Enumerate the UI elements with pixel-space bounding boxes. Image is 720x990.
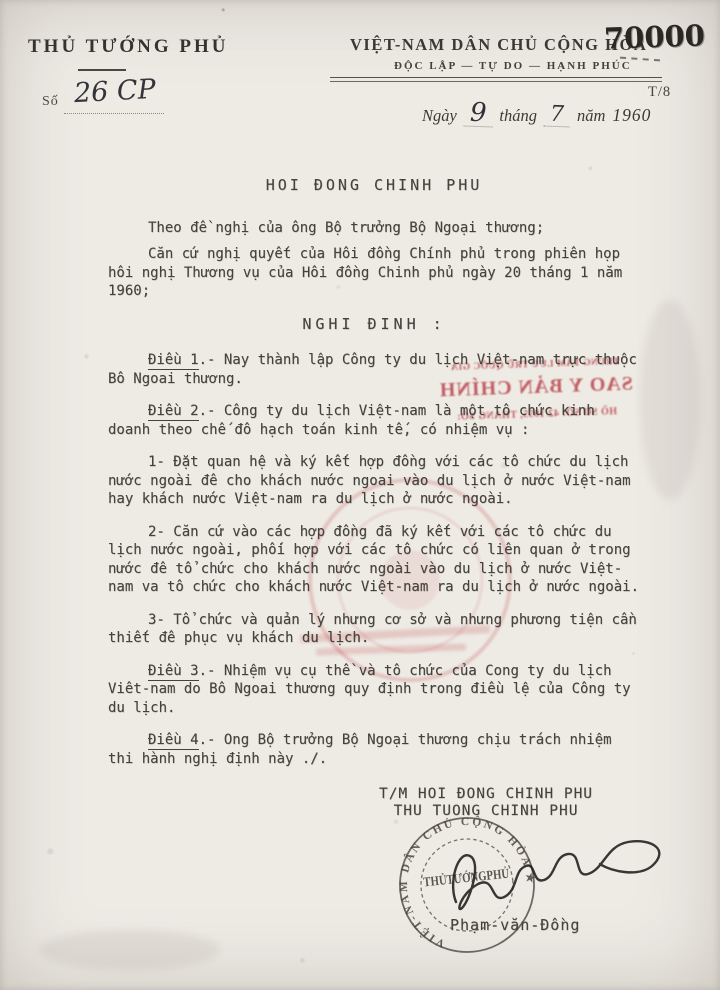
handwritten-signature [442, 820, 677, 925]
scanned-decree-page: THỦ TƯỚNG PHỦ Số 26 CP VIỆT-NAM DÂN CHỦ … [0, 0, 720, 990]
document-number-label: Số [42, 94, 59, 110]
document-number-handwritten: 26 CP [73, 74, 156, 109]
archive-folio-number-stamp: 70000 [603, 18, 705, 56]
national-motto: ĐỘC LẬP — TỰ DO — HẠNH PHÚC [394, 60, 632, 72]
numbered-item-3: 3- Tổ chức và quản lý nhưng cơ sở và như… [108, 611, 640, 648]
numbered-item-1: 1- Đặt quan hệ và ký kết hợp đồng với cá… [108, 453, 640, 509]
decree-heading: NGHI ĐINH : [108, 315, 640, 334]
signature-on-behalf-line: T/M HOI ĐONG CHINH PHU [350, 786, 622, 803]
date-line: Ngày 9 tháng 7 năm 1960 [422, 100, 651, 127]
date-day-handwritten: 9 [463, 100, 492, 128]
date-word-day: Ngày [422, 106, 457, 126]
paper-smudge [640, 300, 700, 500]
issuing-office-title: THỦ TƯỚNG PHỦ [28, 36, 229, 58]
document-body: HOI ĐONG CHINH PHU Theo đề nghị của ông … [108, 176, 640, 782]
preamble-paragraph: Theo đề nghị của ông Bộ trưởng Bộ Ngoại … [108, 219, 640, 238]
paper-smudge [40, 930, 220, 970]
article-2-label: Điều 2 [148, 403, 199, 421]
signer-name: Phạm-văn-Đồng [450, 916, 580, 934]
date-year: 1960 [612, 105, 651, 126]
numbered-item-2: 2- Căn cứ vào các hợp đồng đã ký kết với… [108, 523, 640, 597]
article-3: Điều 3.- Nhiệm vụ cụ thề và tô chức của … [108, 662, 640, 718]
date-word-year: năm [577, 106, 605, 126]
preamble-paragraph: Căn cứ nghị quyết của Hôi đồng Chính phủ… [108, 245, 640, 301]
article-1-label: Điều 1 [148, 352, 199, 370]
article-4-label: Điều 4 [148, 732, 199, 750]
office-underline-rule [78, 69, 126, 71]
date-word-month: tháng [499, 106, 537, 126]
document-number-dotted-line [64, 113, 164, 114]
date-month-handwritten: 7 [544, 104, 571, 128]
article-1: Điều 1.- Nay thành lập Công ty du lịch V… [108, 351, 640, 388]
header-double-rule [330, 77, 662, 82]
article-3-label: Điều 3 [148, 663, 199, 681]
national-title: VIỆT-NAM DÂN CHỦ CỘNG HÒA [350, 35, 647, 55]
article-2: Điều 2.- Công ty du lịch Việt-nam là một… [108, 402, 640, 439]
issuing-authority-heading: HOI ĐONG CHINH PHU [108, 176, 640, 195]
reference-mark: T/8 [648, 84, 671, 101]
article-4: Điều 4.- Ong Bộ trưởng Bộ Ngoại thương c… [108, 731, 640, 768]
